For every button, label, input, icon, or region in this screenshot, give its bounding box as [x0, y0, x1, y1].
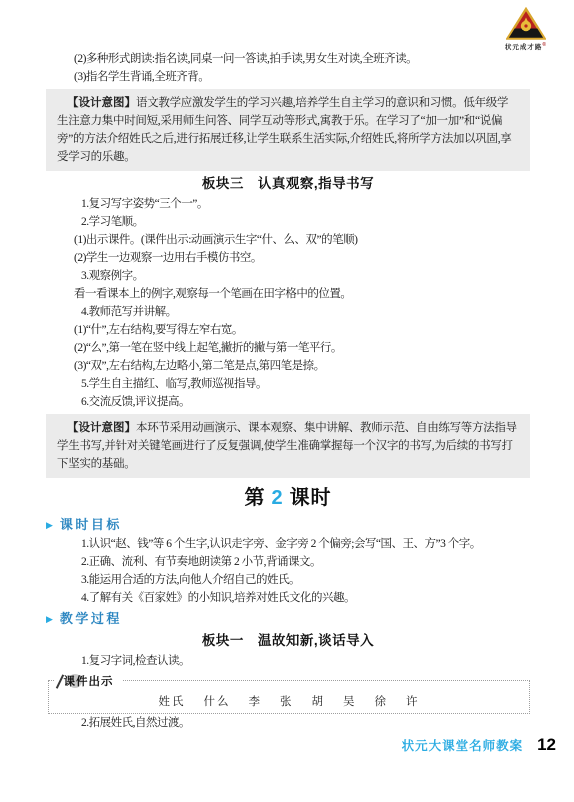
- text-line: 看一看课本上的例字,观察每一个笔画在田字格中的位置。: [46, 285, 530, 303]
- text-line: (2)多种形式朗读:指名读,同桌一问一答读,拍手读,男女生对读,全班齐读。: [46, 50, 530, 68]
- section-three-lines: 1.复习写字姿势“三个一”。2.学习笔顺。(1)出示课件。(课件出示:动画演示生…: [46, 195, 530, 411]
- courseware-word: 李: [249, 696, 263, 708]
- section-three-title: 板块三 认真观察,指导书写: [46, 175, 530, 193]
- process-header-label: 教学过程: [60, 610, 122, 628]
- courseware-word: 张: [280, 696, 294, 708]
- text-line: (2)“么”,第一笔在竖中线上起笔,撇折的撇与第一笔平行。: [46, 339, 530, 357]
- text-line: 4.了解有关《百家姓》的小知识,培养对姓氏文化的兴趣。: [46, 589, 530, 607]
- design-intent-label: 【设计意图】: [57, 97, 136, 109]
- brand-logo-icon: [506, 7, 546, 41]
- intro-lines: (2)多种形式朗读:指名读,同桌一问一答读,拍手读,男女生对读,全班齐读。(3)…: [46, 50, 530, 86]
- lesson-title-number: 2: [271, 487, 283, 509]
- text-line: 6.交流反馈,评议提高。: [46, 393, 530, 411]
- text-line: 5.学生自主描红、临写,教师巡视指导。: [46, 375, 530, 393]
- courseware-word: 胡: [312, 696, 326, 708]
- section-one-title: 板块一 温故知新,谈话导入: [46, 632, 530, 650]
- page-footer: 状元大课堂名师教案 12: [402, 735, 556, 755]
- footer-brand: 状元大课堂名师教案: [402, 736, 524, 754]
- text-line: 1.复习写字姿势“三个一”。: [46, 195, 530, 213]
- registered-mark: ®: [542, 42, 547, 48]
- courseware-word: 徐: [375, 696, 389, 708]
- page-number: 12: [537, 735, 556, 755]
- courseware-label-text: 课件出示: [64, 673, 114, 689]
- lesson-2-title: 第2课时: [46, 485, 530, 511]
- text-line: 2.学习笔顺。: [46, 213, 530, 231]
- page-content: (2)多种形式朗读:指名读,同桌一问一答读,拍手读,男女生对读,全班齐读。(3)…: [46, 50, 530, 732]
- courseware-word: 姓氏: [159, 696, 186, 708]
- page: 状元成才路® (2)多种形式朗读:指名读,同桌一问一答读,拍手读,男女生对读,全…: [0, 0, 574, 802]
- lesson-title-suffix: 课时: [290, 487, 332, 509]
- lesson-title-prefix: 第: [244, 487, 265, 509]
- text-line: 4.教师范写并讲解。: [46, 303, 530, 321]
- text-line: (1)“什”,左右结构,要写得左窄右宽。: [46, 321, 530, 339]
- text-line: 3.能运用合适的方法,向他人介绍自己的姓氏。: [46, 571, 530, 589]
- text-line: 1.认识“赵、钱”等 6 个生字,认识走字旁、金字旁 2 个偏旁;会写“国、王、…: [46, 535, 530, 553]
- text-line: 3.观察例字。: [46, 267, 530, 285]
- brand-logo: 状元成才路®: [500, 7, 552, 51]
- courseware-box: 课件出示 姓氏什么李张胡吴徐许: [48, 680, 530, 714]
- courseware-word: 许: [406, 696, 420, 708]
- triangle-bullet-icon: ▶: [46, 516, 53, 534]
- text-line: 1.复习字词,检查认读。: [46, 652, 530, 670]
- courseware-word: 什么: [204, 696, 231, 708]
- text-line: 2.正确、流利、有节奏地朗读第 2 小节,背诵课文。: [46, 553, 530, 571]
- text-line: (2)学生一边观察一边用右手模仿书空。: [46, 249, 530, 267]
- process-header: ▶ 教学过程: [46, 610, 530, 628]
- objectives-header: ▶ 课时目标: [46, 516, 530, 534]
- courseware-word: 吴: [343, 696, 357, 708]
- courseware-words: 姓氏什么李张胡吴徐许: [49, 693, 529, 709]
- text-line: (3)“双”,左右结构,左边略小,第二笔是点,第四笔是捺。: [46, 357, 530, 375]
- design-intent-box-1: 【设计意图】语文教学应激发学生的学习兴趣,培养学生自主学习的意识和习惯。低年级学…: [46, 89, 530, 171]
- design-intent-label: 【设计意图】: [57, 422, 136, 434]
- objectives-header-label: 课时目标: [60, 516, 122, 534]
- design-intent-box-2: 【设计意图】本环节采用动画演示、课本观察、集中讲解、教师示范、自由练写等方法指导…: [46, 414, 530, 478]
- courseware-label: 课件出示: [55, 673, 122, 689]
- objectives-list: 1.认识“赵、钱”等 6 个生字,认识走字旁、金字旁 2 个偏旁;会写“国、王、…: [46, 535, 530, 607]
- text-line: 2.拓展姓氏,自然过渡。: [46, 714, 530, 732]
- text-line: (1)出示课件。(课件出示:动画演示生字“什、么、双”的笔顺): [46, 231, 530, 249]
- text-line: (3)指名学生背诵,全班齐背。: [46, 68, 530, 86]
- triangle-bullet-icon: ▶: [46, 610, 53, 628]
